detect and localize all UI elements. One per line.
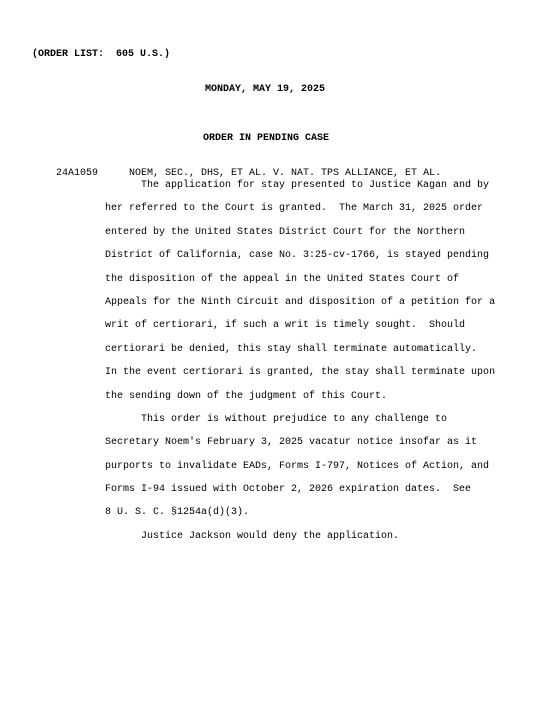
order-body: The application for stay presented to Ju… [105, 174, 495, 548]
order-text-line: Appeals for the Ninth Circuit and dispos… [105, 291, 495, 314]
order-paragraph-2: This order is without prejudice to any c… [105, 408, 495, 525]
order-text-line: Forms I-94 issued with October 2, 2026 e… [105, 478, 495, 501]
order-text-line: certiorari be denied, this stay shall te… [105, 338, 495, 361]
order-text-line: the sending down of the judgment of this… [105, 385, 495, 408]
order-text-line: writ of certiorari, if such a writ is ti… [105, 314, 495, 337]
order-text-line: entered by the United States District Co… [105, 221, 495, 244]
order-text-line: the disposition of the appeal in the Uni… [105, 268, 495, 291]
order-text-line: The application for stay presented to Ju… [105, 174, 495, 197]
document-page: (ORDER LIST: 605 U.S.) MONDAY, MAY 19, 2… [0, 0, 550, 727]
order-paragraph-1: The application for stay presented to Ju… [105, 174, 495, 408]
order-paragraph-3: Justice Jackson would deny the applicati… [105, 525, 495, 548]
order-text-line: District of California, case No. 3:25-cv… [105, 244, 495, 267]
order-text-line: In the event certiorari is granted, the … [105, 361, 495, 384]
order-text-line: purports to invalidate EADs, Forms I-797… [105, 455, 495, 478]
order-text-line: 8 U. S. C. §1254a(d)(3). [105, 501, 495, 524]
order-text-line: This order is without prejudice to any c… [105, 408, 495, 431]
order-text-line: Justice Jackson would deny the applicati… [105, 525, 495, 548]
order-text-line: Secretary Noem's February 3, 2025 vacatu… [105, 431, 495, 454]
order-list-caption: (ORDER LIST: 605 U.S.) [32, 49, 170, 60]
order-text-line: her referred to the Court is granted. Th… [105, 197, 495, 220]
order-date: MONDAY, MAY 19, 2025 [205, 84, 325, 95]
section-title: ORDER IN PENDING CASE [203, 133, 329, 144]
